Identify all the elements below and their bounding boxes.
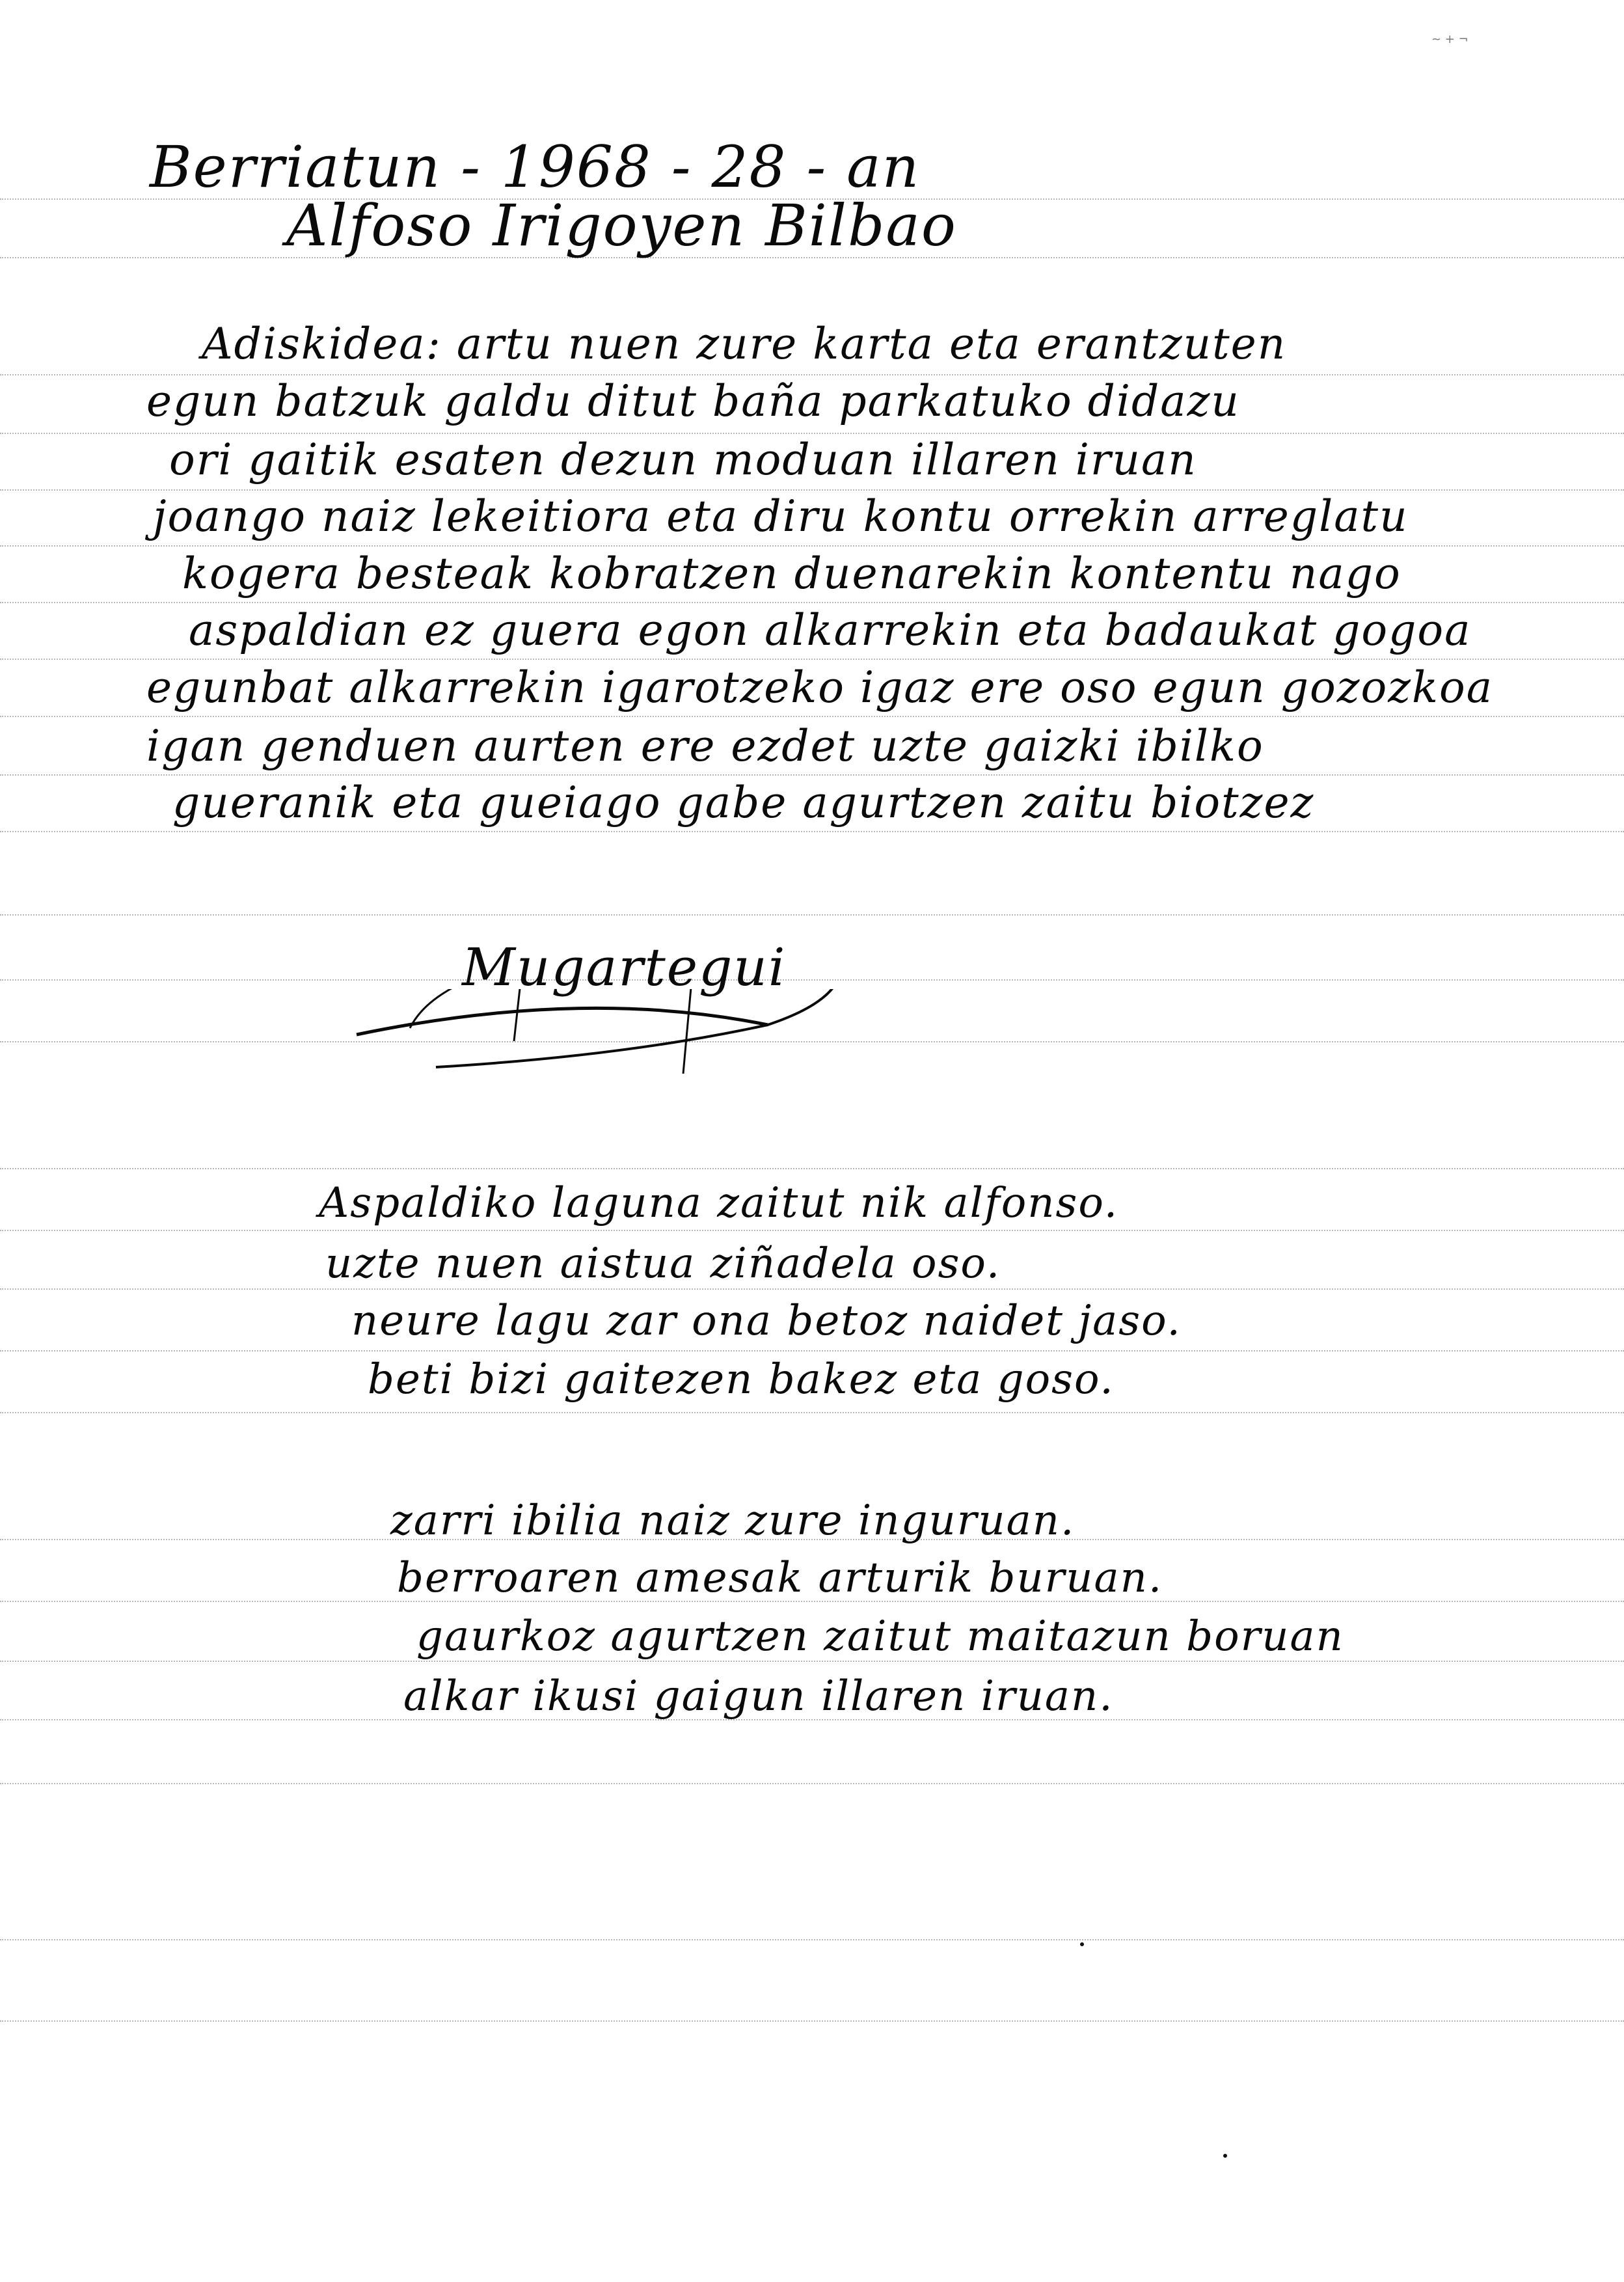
ruled-line (0, 914, 1624, 916)
body-line: Adiskidea: artu nuen zure karta eta eran… (202, 319, 1286, 369)
ruled-line (0, 545, 1624, 547)
place-date: Berriatun - 1968 - 28 - an (150, 133, 920, 200)
poem-line: beti bizi gaitezen bakez eta goso. (368, 1355, 1115, 1404)
body-line: joango naiz lekeitiora eta diru kontu or… (153, 491, 1409, 541)
body-line: egunbat alkarrekin igarotzeko igaz ere o… (146, 662, 1493, 713)
ruled-line (0, 659, 1624, 660)
poem-line: uzte nuen aistua ziñadela oso. (325, 1240, 1001, 1288)
ruled-line (0, 1783, 1624, 1784)
ruled-line (0, 774, 1624, 776)
ruled-line (0, 489, 1624, 491)
ruled-line (0, 831, 1624, 832)
poem-line: alkar ikusi gaigun illaren iruan. (403, 1672, 1114, 1720)
body-line: egun batzuk galdu ditut baña parkatuko d… (146, 376, 1240, 426)
ruled-line (0, 716, 1624, 717)
signature-flourish (351, 989, 872, 1106)
body-line: igan genduen aurten ere ezdet uzte gaizk… (146, 721, 1264, 771)
recipient: Alfoso Irigoyen Bilbao (286, 192, 957, 259)
letter-page: ~ + ¬ Berriatun - 1968 - 28 - an Alfoso … (0, 0, 1624, 2282)
body-line: kogera besteak kobratzen duenarekin kont… (182, 549, 1401, 599)
corner-marks: ~ + ¬ (1431, 33, 1468, 46)
poem-line: berroaren amesak arturik buruan. (397, 1554, 1163, 1602)
poem-line: gaurkoz agurtzen zaitut maitazun boruan (416, 1612, 1344, 1661)
stray-mark (1223, 2154, 1227, 2158)
ruled-line (0, 374, 1624, 375)
ruled-line (0, 2020, 1624, 2022)
ruled-line (0, 602, 1624, 603)
body-line: gueranik eta gueiago gabe agurtzen zaitu… (172, 778, 1314, 828)
ruled-line (0, 1168, 1624, 1169)
poem-line: neure lagu zar ona betoz naidet jaso. (351, 1297, 1182, 1345)
ruled-line (0, 1661, 1624, 1662)
ruled-line (0, 1288, 1624, 1290)
body-line: aspaldian ez guera egon alkarrekin eta b… (189, 605, 1471, 655)
ruled-line (0, 1350, 1624, 1352)
body-line: ori gaitik esaten dezun moduan illaren i… (169, 435, 1197, 485)
ruled-line (0, 1412, 1624, 1413)
poem-line: Aspaldiko laguna zaitut nik alfonso. (319, 1179, 1118, 1227)
stray-mark (1080, 1942, 1084, 1946)
ruled-line (0, 433, 1624, 434)
ruled-line (0, 1230, 1624, 1231)
ruled-line (0, 979, 1624, 981)
poem-line: zarri ibilia naiz zure inguruan. (390, 1497, 1075, 1545)
ruled-line (0, 1939, 1624, 1940)
